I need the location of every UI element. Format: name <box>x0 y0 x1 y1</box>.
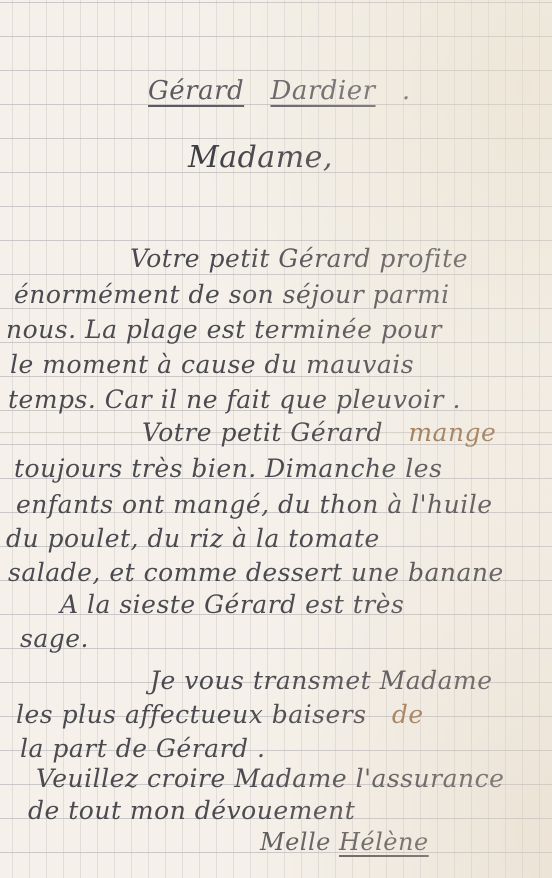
heading-period: . <box>402 76 411 106</box>
heading-first-name: Gérard <box>148 76 244 106</box>
letter-line-6-text: Votre petit Gérard <box>142 418 383 447</box>
letter-line-13: Je vous transmet Madame <box>150 666 493 695</box>
salutation: Madame, <box>188 140 333 175</box>
letter-line-10: salade, et comme dessert une banane <box>8 558 504 587</box>
heading-last-name: Dardier <box>270 76 375 106</box>
letter-line-16: Veuillez croire Madame l'assurance <box>36 764 504 793</box>
signature-title: Melle <box>260 828 331 856</box>
letter-line-15: la part de Gérard . <box>20 734 265 763</box>
signature: Melle Hélène <box>260 828 429 856</box>
letter-line-14: les plus affectueux baisers de <box>16 700 424 729</box>
letter-heading: Gérard Dardier . <box>148 76 411 106</box>
word-mange: mange <box>408 418 496 447</box>
letter-line-5: temps. Car il ne fait que pleuvoir . <box>8 385 461 414</box>
letter-line-17: de tout mon dévouement <box>28 796 355 825</box>
letter-page: Gérard Dardier . Madame, Votre petit Gér… <box>0 0 552 878</box>
letter-line-1: Votre petit Gérard profite <box>130 244 468 273</box>
letter-line-3: nous. La plage est terminée pour <box>6 315 442 344</box>
letter-line-7: toujours très bien. Dimanche les <box>14 454 442 483</box>
signature-name: Hélène <box>339 828 429 856</box>
letter-line-4: le moment à cause du mauvais <box>10 350 414 379</box>
letter-line-12: sage. <box>20 624 89 653</box>
letter-line-11: A la sieste Gérard est très <box>60 590 404 619</box>
letter-line-8: enfants ont mangé, du thon à l'huile <box>16 490 493 519</box>
letter-line-6: Votre petit Gérard mange <box>142 418 496 447</box>
letter-line-2: énormément de son séjour parmi <box>14 280 450 309</box>
word-de: de <box>392 700 424 729</box>
letter-line-14-text: les plus affectueux baisers <box>16 700 367 729</box>
letter-line-9: du poulet, du riz à la tomate <box>6 524 380 553</box>
